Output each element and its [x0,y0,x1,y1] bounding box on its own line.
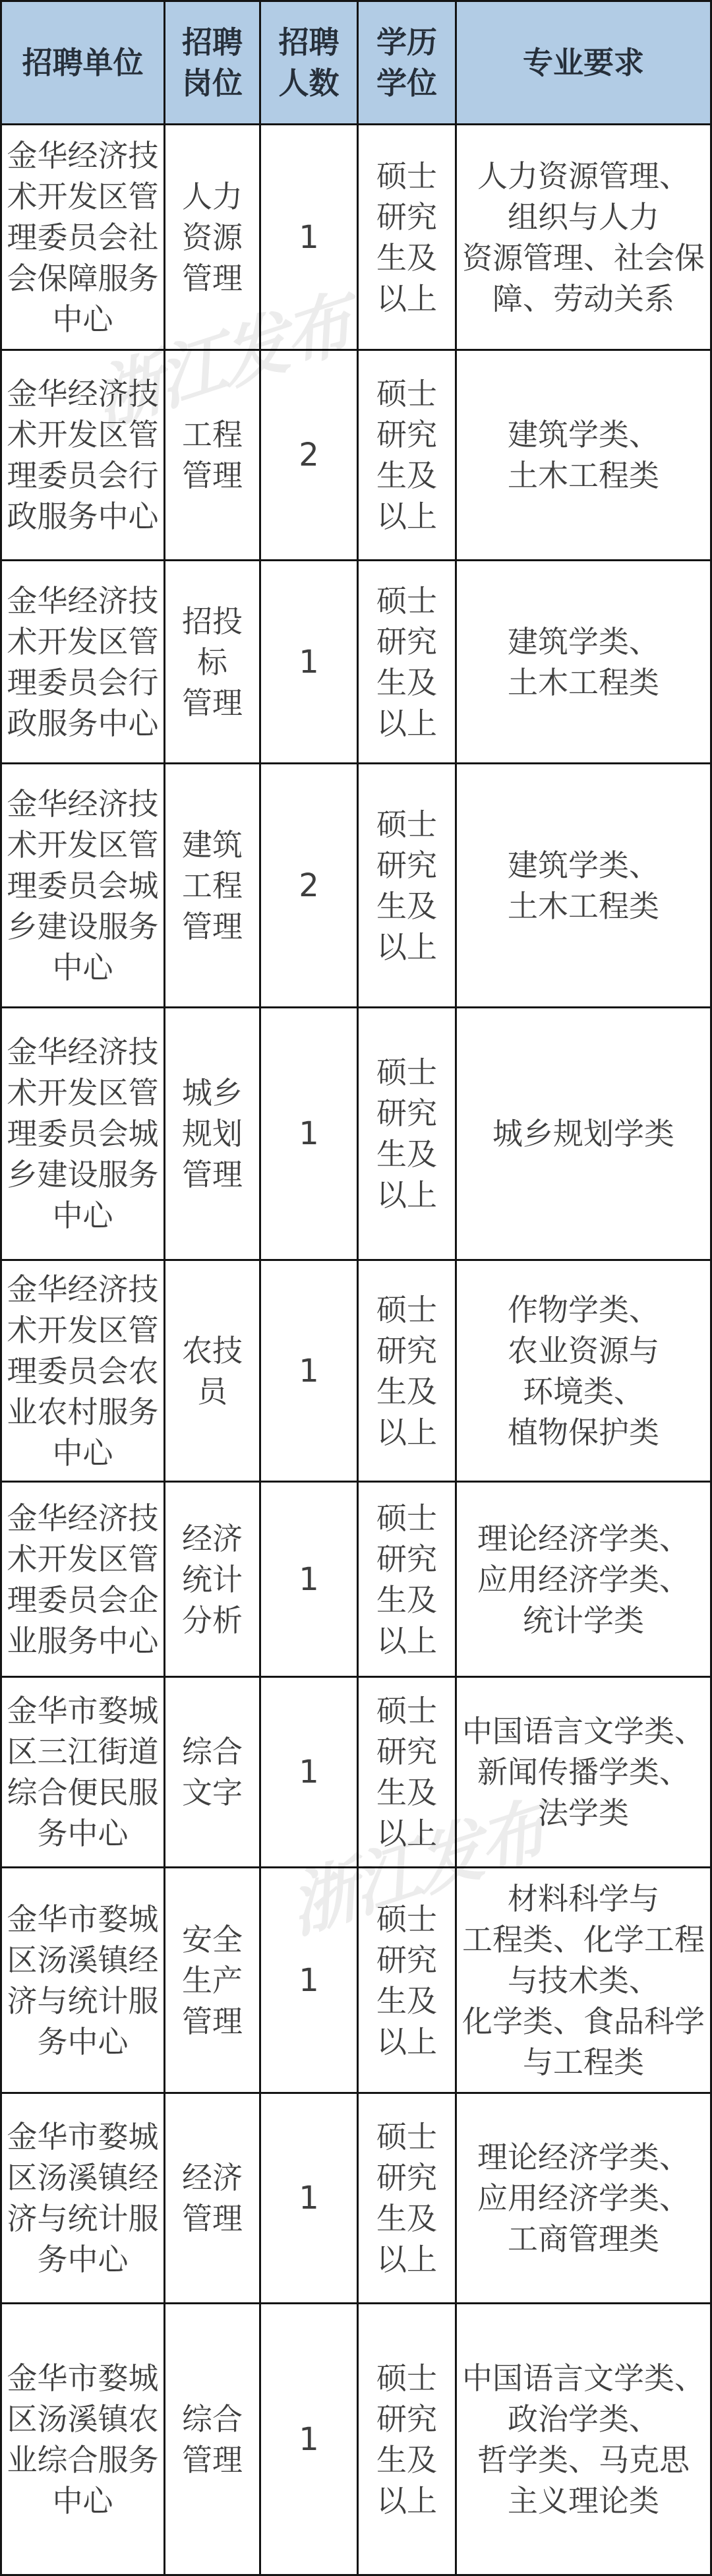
count-cell: 1 [261,1868,359,2094]
count-cell: 2 [261,764,359,1008]
unit-cell: 金华经济技 术开发区管 理委员会企 业服务中心 [2,1483,165,1678]
position-cell: 工程 管理 [165,351,261,561]
major-cell: 建筑学类、 土木工程类 [457,561,712,764]
unit-cell: 金华经济技 术开发区管 理委员会城 乡建设服务 中心 [2,1008,165,1261]
recruitment-table: 招聘单位 招聘 岗位 招聘 人数 学历 学位 专业要求 金华经济技 术开发区管 … [0,0,712,2576]
education-cell: 硕士 研究 生及 以上 [359,1678,457,1868]
position-cell: 招投 标 管理 [165,561,261,764]
major-cell: 人力资源管理、 组织与人力 资源管理、社会保 障、劳动关系 [457,125,712,351]
education-cell: 硕士 研究 生及 以上 [359,1261,457,1483]
count-cell: 1 [261,125,359,351]
unit-cell: 金华市婺城 区三江街道 综合便民服 务中心 [2,1678,165,1868]
position-cell: 综合 管理 [165,2304,261,2576]
unit-cell: 金华经济技 术开发区管 理委员会城 乡建设服务 中心 [2,764,165,1008]
position-cell: 经济 统计 分析 [165,1483,261,1678]
major-cell: 作物学类、 农业资源与 环境类、 植物保护类 [457,1261,712,1483]
position-cell: 城乡 规划 管理 [165,1008,261,1261]
count-cell: 1 [261,1261,359,1483]
position-cell: 农技 员 [165,1261,261,1483]
major-cell: 城乡规划学类 [457,1008,712,1261]
education-cell: 硕士 研究 生及 以上 [359,1483,457,1678]
count-cell: 2 [261,351,359,561]
position-cell: 经济 管理 [165,2094,261,2304]
header-count: 招聘 人数 [261,2,359,125]
major-cell: 中国语言文学类、 新闻传播学类、 法学类 [457,1678,712,1868]
header-major: 专业要求 [457,2,712,125]
unit-cell: 金华经济技 术开发区管 理委员会行 政服务中心 [2,561,165,764]
unit-cell: 金华市婺城 区汤溪镇经 济与统计服 务中心 [2,2094,165,2304]
unit-cell: 金华市婺城 区汤溪镇经 济与统计服 务中心 [2,1868,165,2094]
education-cell: 硕士 研究 生及 以上 [359,1868,457,2094]
count-cell: 1 [261,561,359,764]
header-position: 招聘 岗位 [165,2,261,125]
education-cell: 硕士 研究 生及 以上 [359,125,457,351]
major-cell: 理论经济学类、 应用经济学类、 工商管理类 [457,2094,712,2304]
unit-cell: 金华市婺城 区汤溪镇农 业综合服务 中心 [2,2304,165,2576]
count-cell: 1 [261,1678,359,1868]
position-cell: 人力 资源 管理 [165,125,261,351]
major-cell: 建筑学类、 土木工程类 [457,351,712,561]
position-cell: 建筑 工程 管理 [165,764,261,1008]
count-cell: 1 [261,1483,359,1678]
education-cell: 硕士 研究 生及 以上 [359,1008,457,1261]
header-education: 学历 学位 [359,2,457,125]
count-cell: 1 [261,2094,359,2304]
major-cell: 建筑学类、 土木工程类 [457,764,712,1008]
education-cell: 硕士 研究 生及 以上 [359,561,457,764]
major-cell: 中国语言文学类、 政治学类、 哲学类、马克思 主义理论类 [457,2304,712,2576]
unit-cell: 金华经济技 术开发区管 理委员会农 业农村服务 中心 [2,1261,165,1483]
education-cell: 硕士 研究 生及 以上 [359,2094,457,2304]
position-cell: 综合 文字 [165,1678,261,1868]
major-cell: 理论经济学类、 应用经济学类、 统计学类 [457,1483,712,1678]
education-cell: 硕士 研究 生及 以上 [359,764,457,1008]
header-unit: 招聘单位 [2,2,165,125]
education-cell: 硕士 研究 生及 以上 [359,2304,457,2576]
major-cell: 材料科学与 工程类、化学工程 与技术类、 化学类、食品科学 与工程类 [457,1868,712,2094]
count-cell: 1 [261,1008,359,1261]
unit-cell: 金华经济技 术开发区管 理委员会社 会保障服务 中心 [2,125,165,351]
unit-cell: 金华经济技 术开发区管 理委员会行 政服务中心 [2,351,165,561]
count-cell: 1 [261,2304,359,2576]
education-cell: 硕士 研究 生及 以上 [359,351,457,561]
position-cell: 安全 生产 管理 [165,1868,261,2094]
